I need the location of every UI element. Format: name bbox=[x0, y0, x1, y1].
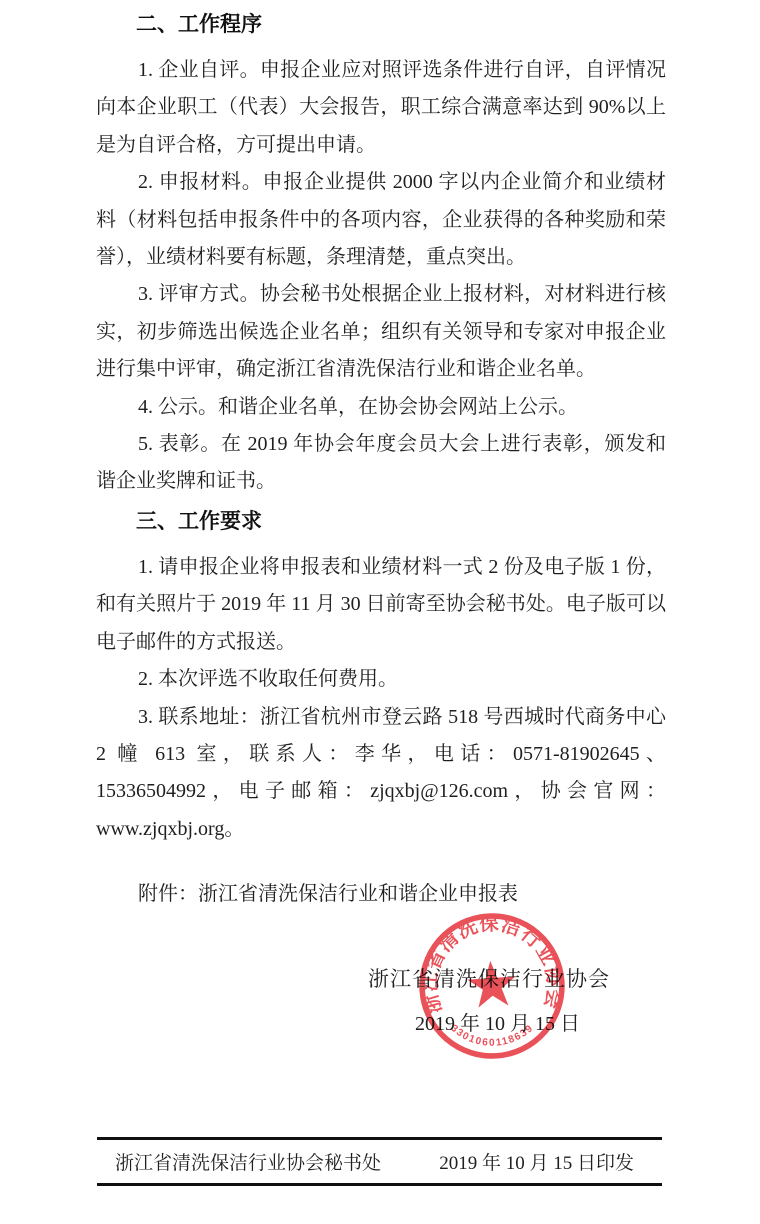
paragraph-contact-info: 3. 联系地址：浙江省杭州市登云路 518 号西城时代商务中心 2 幢 613 … bbox=[96, 699, 666, 849]
paragraph-review-method: 3. 评审方式。协会秘书处根据企业上报材料，对材料进行核实，初步筛选出候选企业名… bbox=[96, 276, 666, 388]
paragraph-self-evaluation: 1. 企业自评。申报企业应对照评选条件进行自评，自评情况向本企业职工（代表）大会… bbox=[96, 52, 666, 164]
section-heading-work-requirements: 三、工作要求 bbox=[96, 503, 666, 541]
paragraph-application-materials: 2. 申报材料。申报企业提供 2000 字以内企业简介和业绩材料（材料包括申报条… bbox=[96, 164, 666, 276]
footer-print-date: 2019 年 10 月 15 日印发 bbox=[439, 1148, 634, 1175]
seal-star-icon bbox=[466, 959, 517, 1008]
paragraph-publicity: 4. 公示。和谐企业名单，在协会协会网站上公示。 bbox=[96, 389, 666, 426]
document-body: 二、工作程序 1. 企业自评。申报企业应对照评选条件进行自评，自评情况向本企业职… bbox=[96, 4, 666, 914]
footer-issuing-office: 浙江省清洗保洁行业协会秘书处 bbox=[115, 1148, 381, 1175]
official-seal: 浙江省清洗保洁行业协会 3301060118639 bbox=[412, 906, 572, 1066]
section-heading-work-procedure: 二、工作程序 bbox=[96, 6, 666, 44]
footer: 浙江省清洗保洁行业协会秘书处 2019 年 10 月 15 日印发 bbox=[97, 1137, 662, 1186]
attachment-line: 附件：浙江省清洗保洁行业和谐企业申报表 bbox=[96, 876, 666, 913]
paragraph-submission-requirements: 1. 请申报企业将申报表和业绩材料一式 2 份及电子版 1 份，和有关照片于 2… bbox=[96, 549, 666, 661]
document-page: 二、工作程序 1. 企业自评。申报企业应对照评选条件进行自评，自评情况向本企业职… bbox=[0, 0, 760, 1224]
paragraph-no-fee: 2. 本次评选不收取任何费用。 bbox=[96, 661, 666, 698]
paragraph-commendation: 5. 表彰。在 2019 年协会年度会员大会上进行表彰，颁发和谐企业奖牌和证书。 bbox=[96, 426, 666, 501]
